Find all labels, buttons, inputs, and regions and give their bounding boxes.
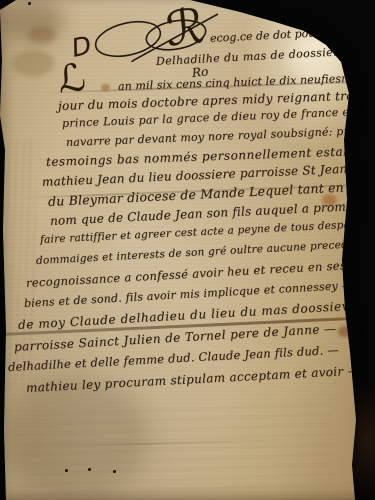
age-stain bbox=[12, 50, 54, 76]
heading-line-1: ecog.ce de dot pour m.re claude — bbox=[210, 22, 375, 45]
paper-sheet: ℛ ecog.ce de dot pour m.re claude — Delh… bbox=[0, 0, 375, 500]
ink-blot bbox=[113, 470, 116, 473]
ink-blot bbox=[65, 469, 68, 472]
heading-initial-r: ℛ bbox=[163, 0, 207, 58]
age-stain bbox=[338, 326, 354, 337]
paper-wrap: ℛ ecog.ce de dot pour m.re claude — Delh… bbox=[0, 0, 375, 500]
manuscript-photo: ℛ ecog.ce de dot pour m.re claude — Delh… bbox=[0, 0, 375, 500]
ink-blot bbox=[88, 468, 91, 471]
ink-blot bbox=[28, 2, 31, 5]
ghost-text-verso bbox=[16, 400, 335, 500]
body-initial-l: ℒ bbox=[55, 55, 88, 102]
age-stain bbox=[0, 0, 64, 42]
